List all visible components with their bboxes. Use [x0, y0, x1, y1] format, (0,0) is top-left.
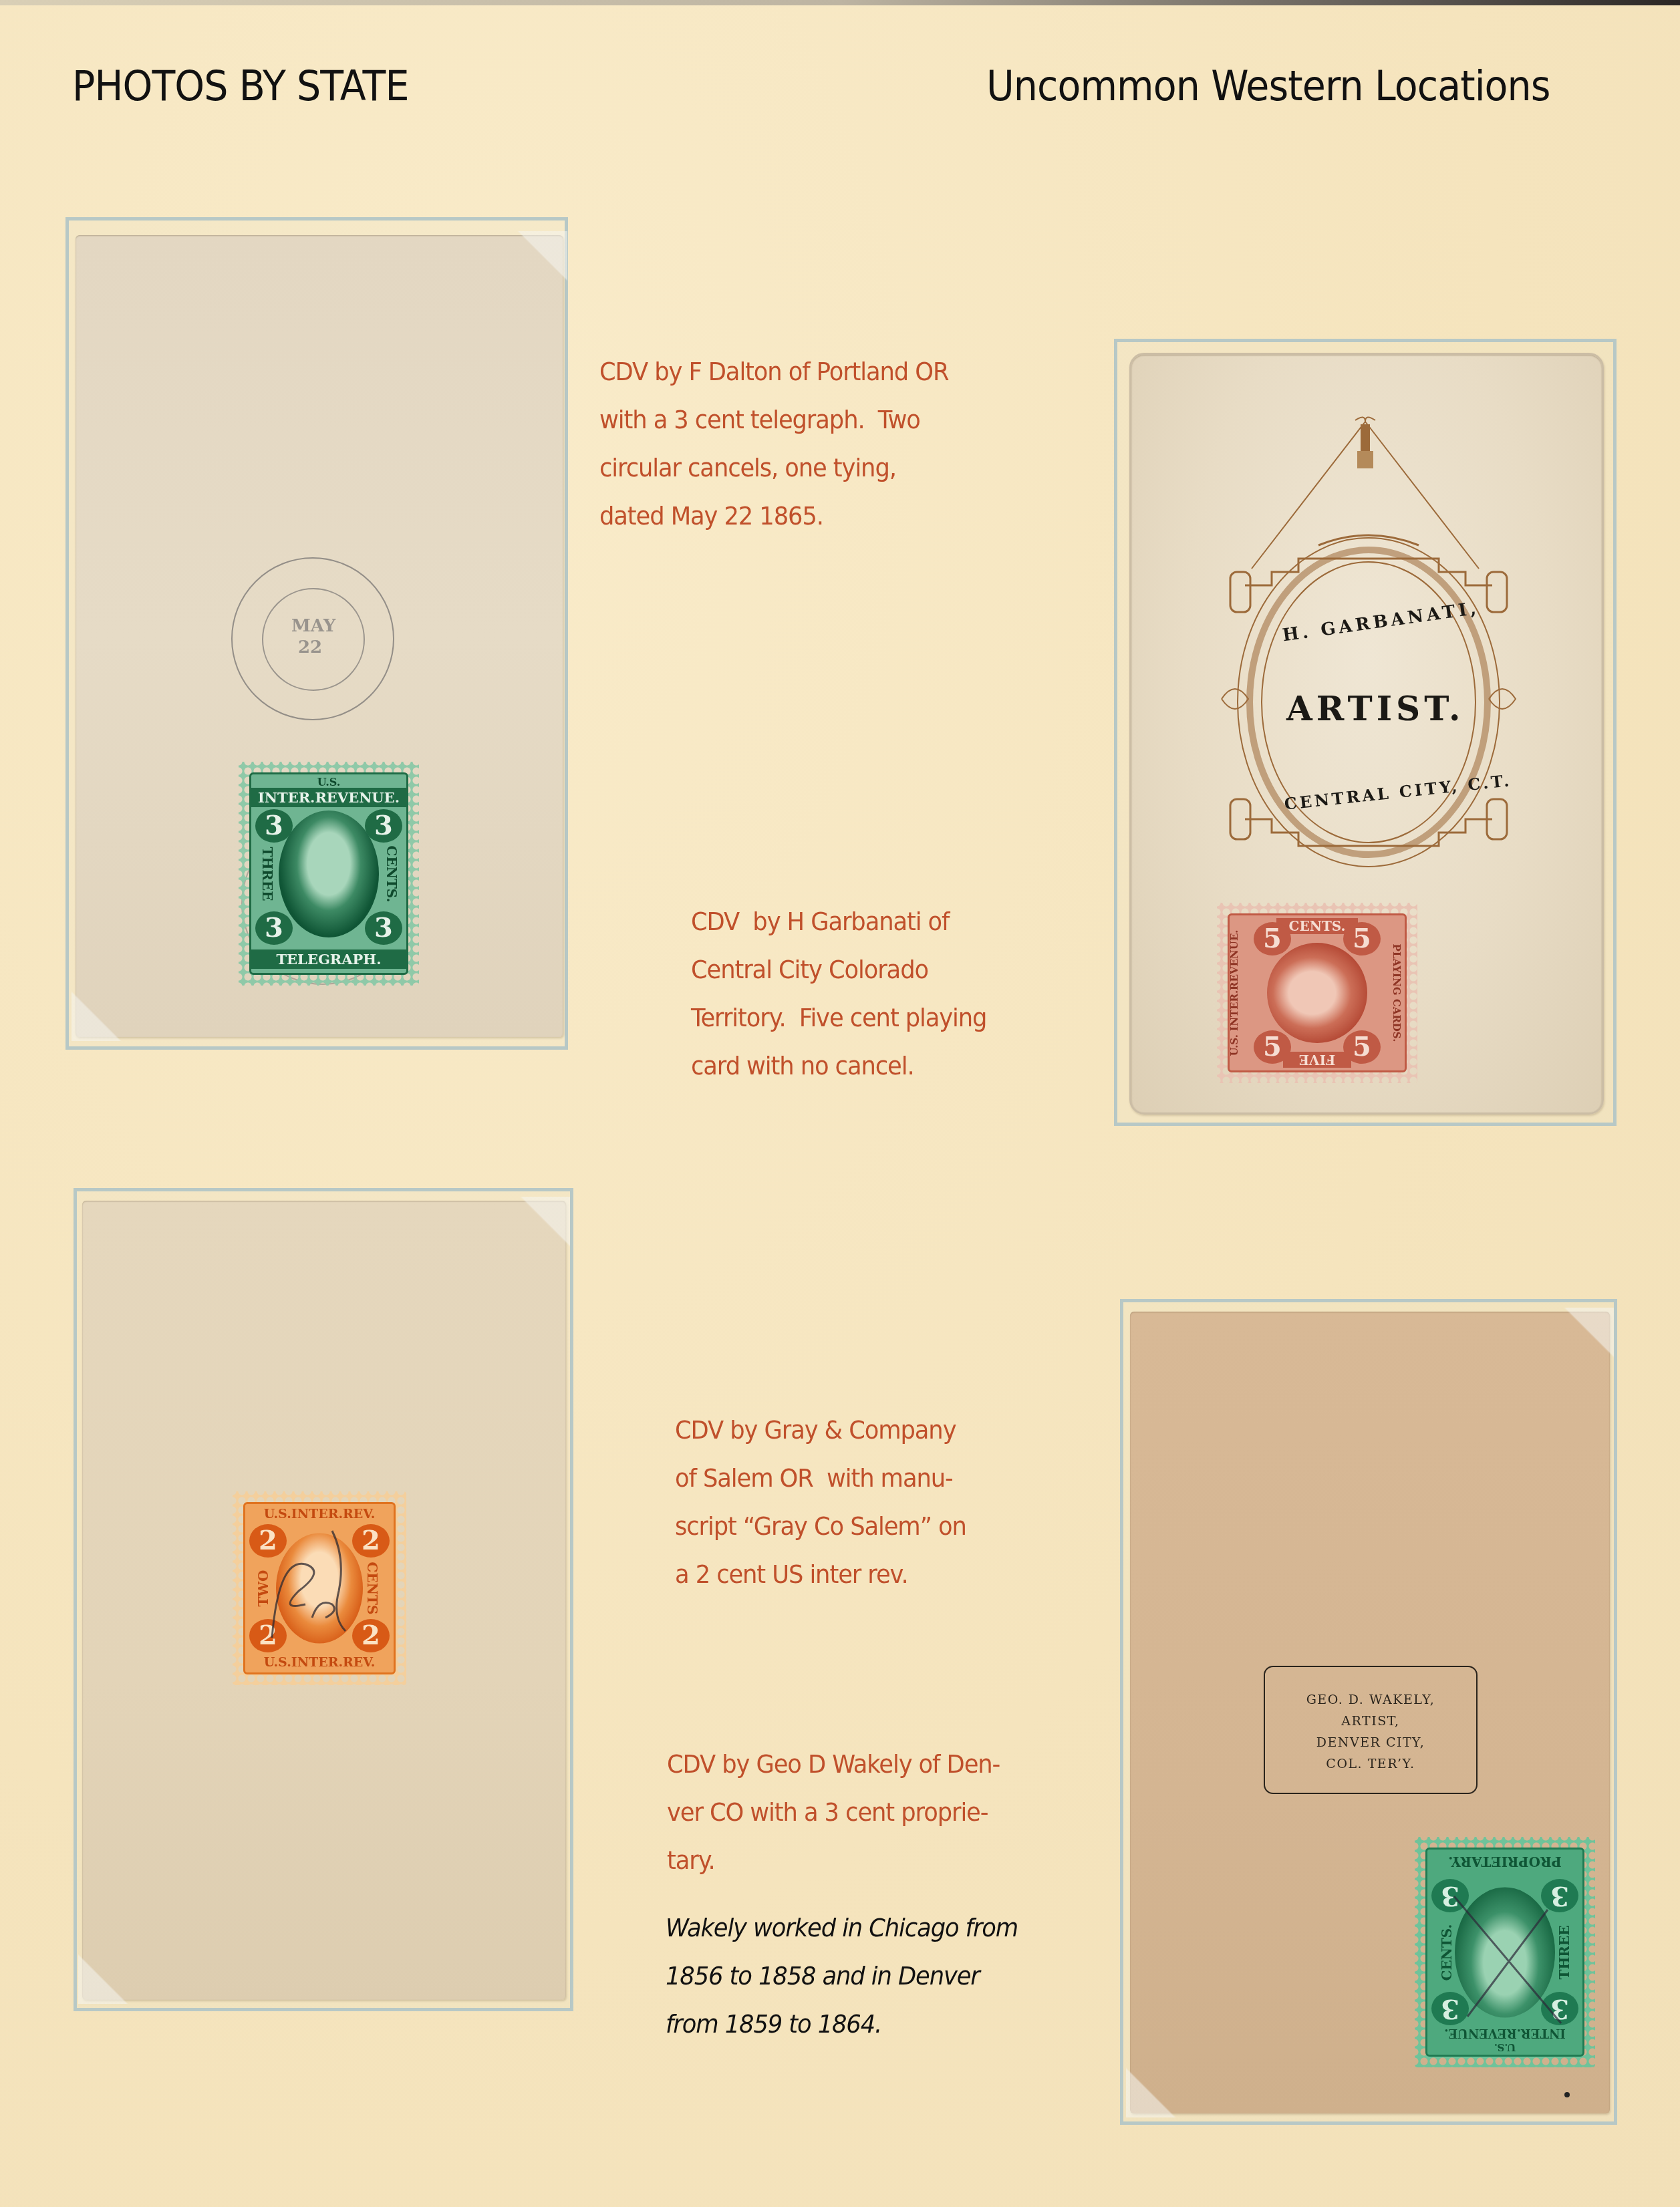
mount-corner-icon — [507, 231, 567, 291]
pen-cancel-icon — [1427, 1850, 1584, 2057]
mount-corner-icon — [72, 981, 132, 1041]
stamp-3c-proprietary: PROPRIETARY. 3 3 3 3 CENTS. THREE INTER.… — [1415, 1837, 1595, 2067]
mount-dalton: MAY 22 U.S. INTER.REVENUE. 3 3 3 3 THREE… — [65, 217, 568, 1050]
cdv-card-garbanati: H. GARBANATI, ARTIST. CENTRAL CITY, C.T.… — [1129, 353, 1604, 1115]
caption-wakely: CDV by Geo D Wakely of Den- ver CO with … — [667, 1740, 1000, 1884]
cdv-card-dalton: MAY 22 U.S. INTER.REVENUE. 3 3 3 3 THREE… — [76, 235, 563, 1037]
caption-garbanati: CDV by H Garbanati of Central City Color… — [691, 897, 986, 1090]
caption-gray: CDV by Gray & Company of Salem OR with m… — [675, 1406, 966, 1598]
mount-corner-icon — [78, 1944, 138, 2004]
washington-portrait-icon — [279, 811, 379, 937]
mount-wakely: GEO. D. WAKELY, ARTIST, DENVER CITY, COL… — [1120, 1299, 1617, 2125]
cdv-card-wakely: GEO. D. WAKELY, ARTIST, DENVER CITY, COL… — [1130, 1312, 1610, 2113]
note-wakely: Wakely worked in Chicago from 1856 to 18… — [666, 1904, 1018, 2048]
page-title: PHOTOS BY STATE — [72, 61, 409, 110]
page-top-edge — [0, 0, 1680, 5]
cdv-card-gray: U.S.INTER.REV. 2 2 2 2 TWO CENTS U.S.INT… — [82, 1201, 566, 2000]
stamp-5c-playing-cards: CENTS. 5 5 5 5 U.S. INTER.REVENUE. PLAYI… — [1217, 903, 1417, 1083]
caption-dalton: CDV by F Dalton of Portland OR with a 3 … — [599, 347, 948, 540]
mount-gray: U.S.INTER.REV. 2 2 2 2 TWO CENTS U.S.INT… — [74, 1188, 573, 2011]
circular-cancel-icon: MAY 22 — [231, 557, 394, 720]
mount-corner-icon — [1554, 1308, 1614, 1368]
mount-garbanati: H. GARBANATI, ARTIST. CENTRAL CITY, C.T.… — [1114, 339, 1617, 1126]
imprint-wakely: GEO. D. WAKELY, ARTIST, DENVER CITY, COL… — [1264, 1666, 1478, 1794]
ink-dot — [1564, 2092, 1570, 2097]
stamp-2c-inter-rev: U.S.INTER.REV. 2 2 2 2 TWO CENTS U.S.INT… — [233, 1491, 406, 1685]
manuscript-cancel-icon — [245, 1504, 396, 1674]
mount-corner-icon — [1126, 2057, 1186, 2117]
page-subtitle: Uncommon Western Locations — [986, 61, 1550, 110]
portrait-icon — [1267, 943, 1367, 1043]
mount-corner-icon — [510, 1197, 570, 1257]
imprint-title: ARTIST. — [1286, 689, 1464, 728]
stamp-3c-telegraph: U.S. INTER.REVENUE. 3 3 3 3 THREE CENTS.… — [239, 762, 419, 986]
